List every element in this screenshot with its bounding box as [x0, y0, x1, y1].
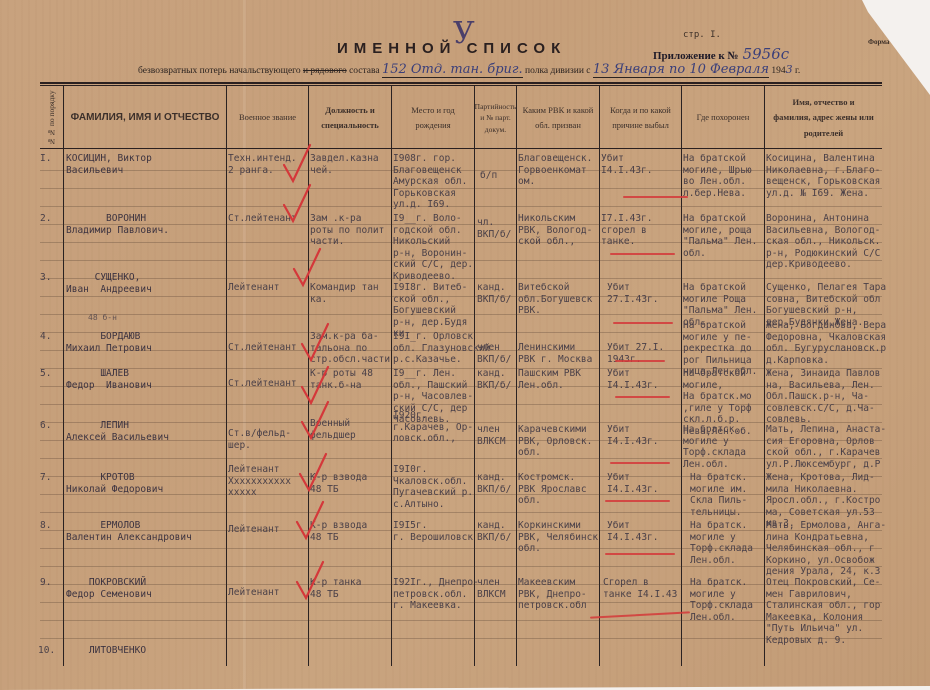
conscription-office: Витебской обл.Богушевск РВК. [518, 282, 592, 317]
military-rank: Лейтенант [228, 524, 279, 536]
party-membership: канд. ВКП/б/ [477, 368, 511, 391]
row-number: 4. [40, 331, 51, 343]
row-number: 10. [38, 645, 55, 657]
red-check-icon [298, 452, 328, 494]
row-number: 8. [40, 520, 51, 532]
ruled-line [40, 458, 882, 459]
person-name: БОРДАЮВ Михаил Петрович [66, 331, 152, 354]
header-row-divider [40, 148, 882, 149]
battalion-note: 48 б-н [88, 312, 117, 324]
relatives-address: Мать, Лепина, Анаста- сия Егоровна, Орло… [766, 424, 886, 470]
party-membership: канд. ВКП/б/ [477, 472, 511, 495]
subtitle-struck-text: и рядового [303, 66, 347, 76]
appendix-label: Приложение к № [653, 50, 739, 62]
burial-place: На братск. могиле у Торф.склада Лен.обл. [690, 577, 753, 623]
red-pencil-mark [615, 360, 665, 362]
red-pencil-mark [623, 196, 688, 198]
birth-place-year: I9I5г. г. Верошиловск [393, 520, 473, 543]
column-header-party: Партийность и № парт. докум. [475, 90, 516, 146]
row-number: 2. [40, 213, 51, 225]
appendix-number: Приложение к №5956с [653, 45, 789, 63]
loss-date-reason: Убит I4.I.43г. [601, 153, 652, 176]
column-divider [516, 86, 517, 666]
conscription-office: Благовещенск. Горвоенкомат ом. [518, 153, 592, 188]
subtitle-prefix: безвозвратных потерь начальствующего [138, 66, 301, 76]
unit-handwritten: 152 Отд. тан. бриг. [382, 62, 523, 77]
birth-place-year: I9__г. Воло- годской обл. Никольский р-н… [393, 213, 473, 282]
red-check-icon [300, 400, 330, 442]
conscription-office: Ленинскими РВК г. Москва [518, 342, 592, 365]
row-number: 5. [40, 368, 51, 380]
conscription-office: Макеевским РВК, Днепро- петровск.обл [518, 577, 587, 612]
red-pencil-mark [605, 553, 675, 555]
birth-place-year: I920г. г.Карачев, Ор- ловск.обл., [393, 410, 473, 445]
table-top-rule [40, 82, 882, 84]
document-subtitle: безвозвратных потерь начальствующего и р… [138, 62, 800, 78]
person-name: ЛЕПИН Алексей Васильевич [66, 420, 169, 443]
party-membership: чл. ВКП/б/ [477, 217, 511, 240]
loss-date-reason: Убит I4.I.43г. [607, 368, 658, 391]
column-header-when-why: Когда и по какой причине выбыл [600, 90, 681, 146]
red-check-icon [292, 247, 322, 289]
column-divider [681, 86, 682, 666]
party-membership: канд. ВКП/б/ [477, 282, 511, 305]
column-header-number: №№ по порядку [40, 90, 63, 146]
conscription-office: Карачевскими РВК, Орловск. обл. [518, 424, 592, 459]
red-pencil-mark [605, 500, 670, 502]
column-header-position: Должность и специальность [309, 90, 391, 146]
party-membership: член ВЛКСМ [477, 577, 506, 600]
red-check-icon [300, 322, 330, 364]
person-name: ЛИТОВЧЕНКО [66, 645, 146, 657]
person-name: ШАЛЕВ Федор Иванович [66, 368, 152, 391]
conscription-office: Пашским РВК Лен.обл. [518, 368, 581, 391]
row-number: I. [40, 153, 51, 165]
person-name: КОСИЦИН, Виктор Васильевич [66, 153, 152, 176]
birth-place-year: I9I_г. Орловск обл. Глазуновский р.с.Каз… [393, 331, 490, 366]
birth-place-year: I92Iг., Днепро- петровск.обл. г. Макеевк… [393, 577, 479, 612]
ruled-line [40, 566, 882, 567]
row-number: 7. [40, 472, 51, 484]
burial-place: На братск. могиле у Торф.склада Лен.обл. [683, 424, 746, 470]
relatives-address: Воронина, Антонина Васильевна, Вологод- … [766, 213, 880, 271]
loss-date-reason: I7.I.43г. сгорел в танке. [601, 213, 652, 248]
person-name: ПОКРОВСКИЙ Федор Семенович [66, 577, 152, 600]
position: Завдел.казна чей. [310, 153, 379, 176]
red-check-icon [295, 500, 325, 542]
party-membership: член ВКП/б/ [477, 342, 511, 365]
column-divider [764, 86, 765, 666]
page-number: стр. I. [683, 30, 721, 40]
column-header-birth: Место и год рождения [392, 90, 474, 146]
archival-document-sheet: стр. I. Форма У ИМЕННОЙ СПИСОК Приложени… [0, 0, 930, 690]
burial-place: На братской могиле, роща "Пальма" Лен. о… [683, 213, 757, 259]
relatives-address: Отец Покровский, Се- мен Гаврилович, Ста… [766, 577, 880, 646]
birth-place-year: I908г. гор. Благовещенск Амурская обл. Г… [393, 153, 467, 211]
column-header-relatives: Имя, отчество и фамилия, адрес жены или … [765, 90, 882, 146]
military-rank: Ст.лейтенант [228, 378, 297, 390]
red-check-icon [282, 143, 312, 185]
military-rank: Лейтенант Ххххххххххх ххххх [228, 464, 291, 499]
loss-date-reason: Сгорел в танке I4.I.43 [603, 577, 677, 600]
red-check-icon [282, 183, 312, 225]
column-divider [63, 86, 64, 666]
ruled-line [40, 638, 882, 639]
red-pencil-mark [615, 396, 670, 398]
military-rank: Ст.лейтенант [228, 342, 297, 354]
relatives-address: Мать, Ермолова, Анга- лина Кондратьевна,… [766, 520, 886, 578]
row-number: 9. [40, 577, 51, 589]
year-suffix: г. [795, 66, 800, 76]
conscription-office: Коркинскими РВК, Челябинск обл. [518, 520, 598, 555]
year-prefix: 194 [771, 66, 785, 76]
person-name: СУЩЕНКО, Иван Андреевич [66, 272, 152, 295]
party-membership: б/п [480, 170, 497, 182]
year-handwritten: 3 [786, 63, 793, 76]
red-pencil-mark [610, 253, 675, 255]
red-pencil-mark [613, 322, 673, 324]
ruled-line [40, 548, 882, 549]
column-header-buried: Где похоронен [682, 90, 764, 146]
ruled-line [40, 620, 882, 621]
conscription-office: Никольским РВК, Вологод- ской обл., [518, 213, 592, 248]
conscription-office: Костромск. РВК Ярославс обл. [518, 472, 587, 507]
loss-date-reason: Убит I4.I.43г. [607, 424, 658, 447]
document-title: ИМЕННОЙ СПИСОК [337, 40, 566, 57]
column-divider [599, 86, 600, 666]
column-divider [391, 86, 392, 666]
burial-place: На братской могиле, Шрью во Лен.обл. л.б… [683, 153, 752, 199]
party-membership: член ВЛКСМ [477, 424, 506, 447]
red-pencil-mark [610, 462, 670, 464]
subtitle-text: состава [349, 66, 379, 76]
burial-place: На братск. могиле им. Скла Пиль- тельниц… [690, 472, 747, 518]
row-number: 6. [40, 420, 51, 432]
appendix-handwritten-number: 5956с [743, 45, 790, 63]
division-label: дивизии с [551, 66, 591, 76]
person-name: ВОРОНИН Владимир Павлович. [66, 213, 169, 236]
column-header-name: ФАМИЛИЯ, ИМЯ И ОТЧЕСТВО [64, 90, 226, 146]
table-top-rule-thin [40, 85, 882, 86]
regiment-label: полка [525, 66, 548, 76]
column-header-rank: Военное звание [227, 90, 308, 146]
relatives-address: Жена, Зинаида Павлов на, Васильева, Лен.… [766, 368, 880, 426]
military-rank: Ст.в/фельд- шер. [228, 428, 291, 451]
military-rank: Лейтенант [228, 587, 279, 599]
ruled-line [40, 512, 882, 513]
loss-date-reason: Убит 27.I.43г. [607, 282, 658, 305]
party-membership: канд. ВКП/б/ [477, 520, 511, 543]
person-name: ЕРМОЛОВ Валентин Александрович [66, 520, 192, 543]
military-rank: Лейтенант [228, 282, 279, 294]
period-handwritten: 13 Января по 10 Февраля [593, 62, 769, 77]
relatives-address: Жена, Богданова, Вера Федоровна, Чкаловс… [766, 320, 886, 366]
person-name: КРОТОВ Николай Федорович [66, 472, 163, 495]
relatives-address: Косицина, Валентина Николаевна, г.Благо-… [766, 153, 880, 199]
column-divider [226, 86, 227, 666]
red-check-icon [295, 560, 325, 602]
position: Зам .к-ра роты по полит части. [310, 213, 384, 248]
loss-date-reason: Убит I4.I.43г. [607, 472, 658, 495]
row-number: 3. [40, 272, 51, 284]
burial-place: На братск. могиле у Торф.склада Лен.обл. [690, 520, 753, 566]
birth-place-year: I9I0г. Чкаловск.обл. Пугачевский р. с.Ал… [393, 464, 473, 510]
form-label: Форма [868, 38, 890, 46]
loss-date-reason: Убит I4.I.43г. [607, 520, 658, 543]
column-header-rvk: Каким РВК и какой обл. призван [517, 90, 599, 146]
red-pencil-mark [590, 611, 690, 618]
